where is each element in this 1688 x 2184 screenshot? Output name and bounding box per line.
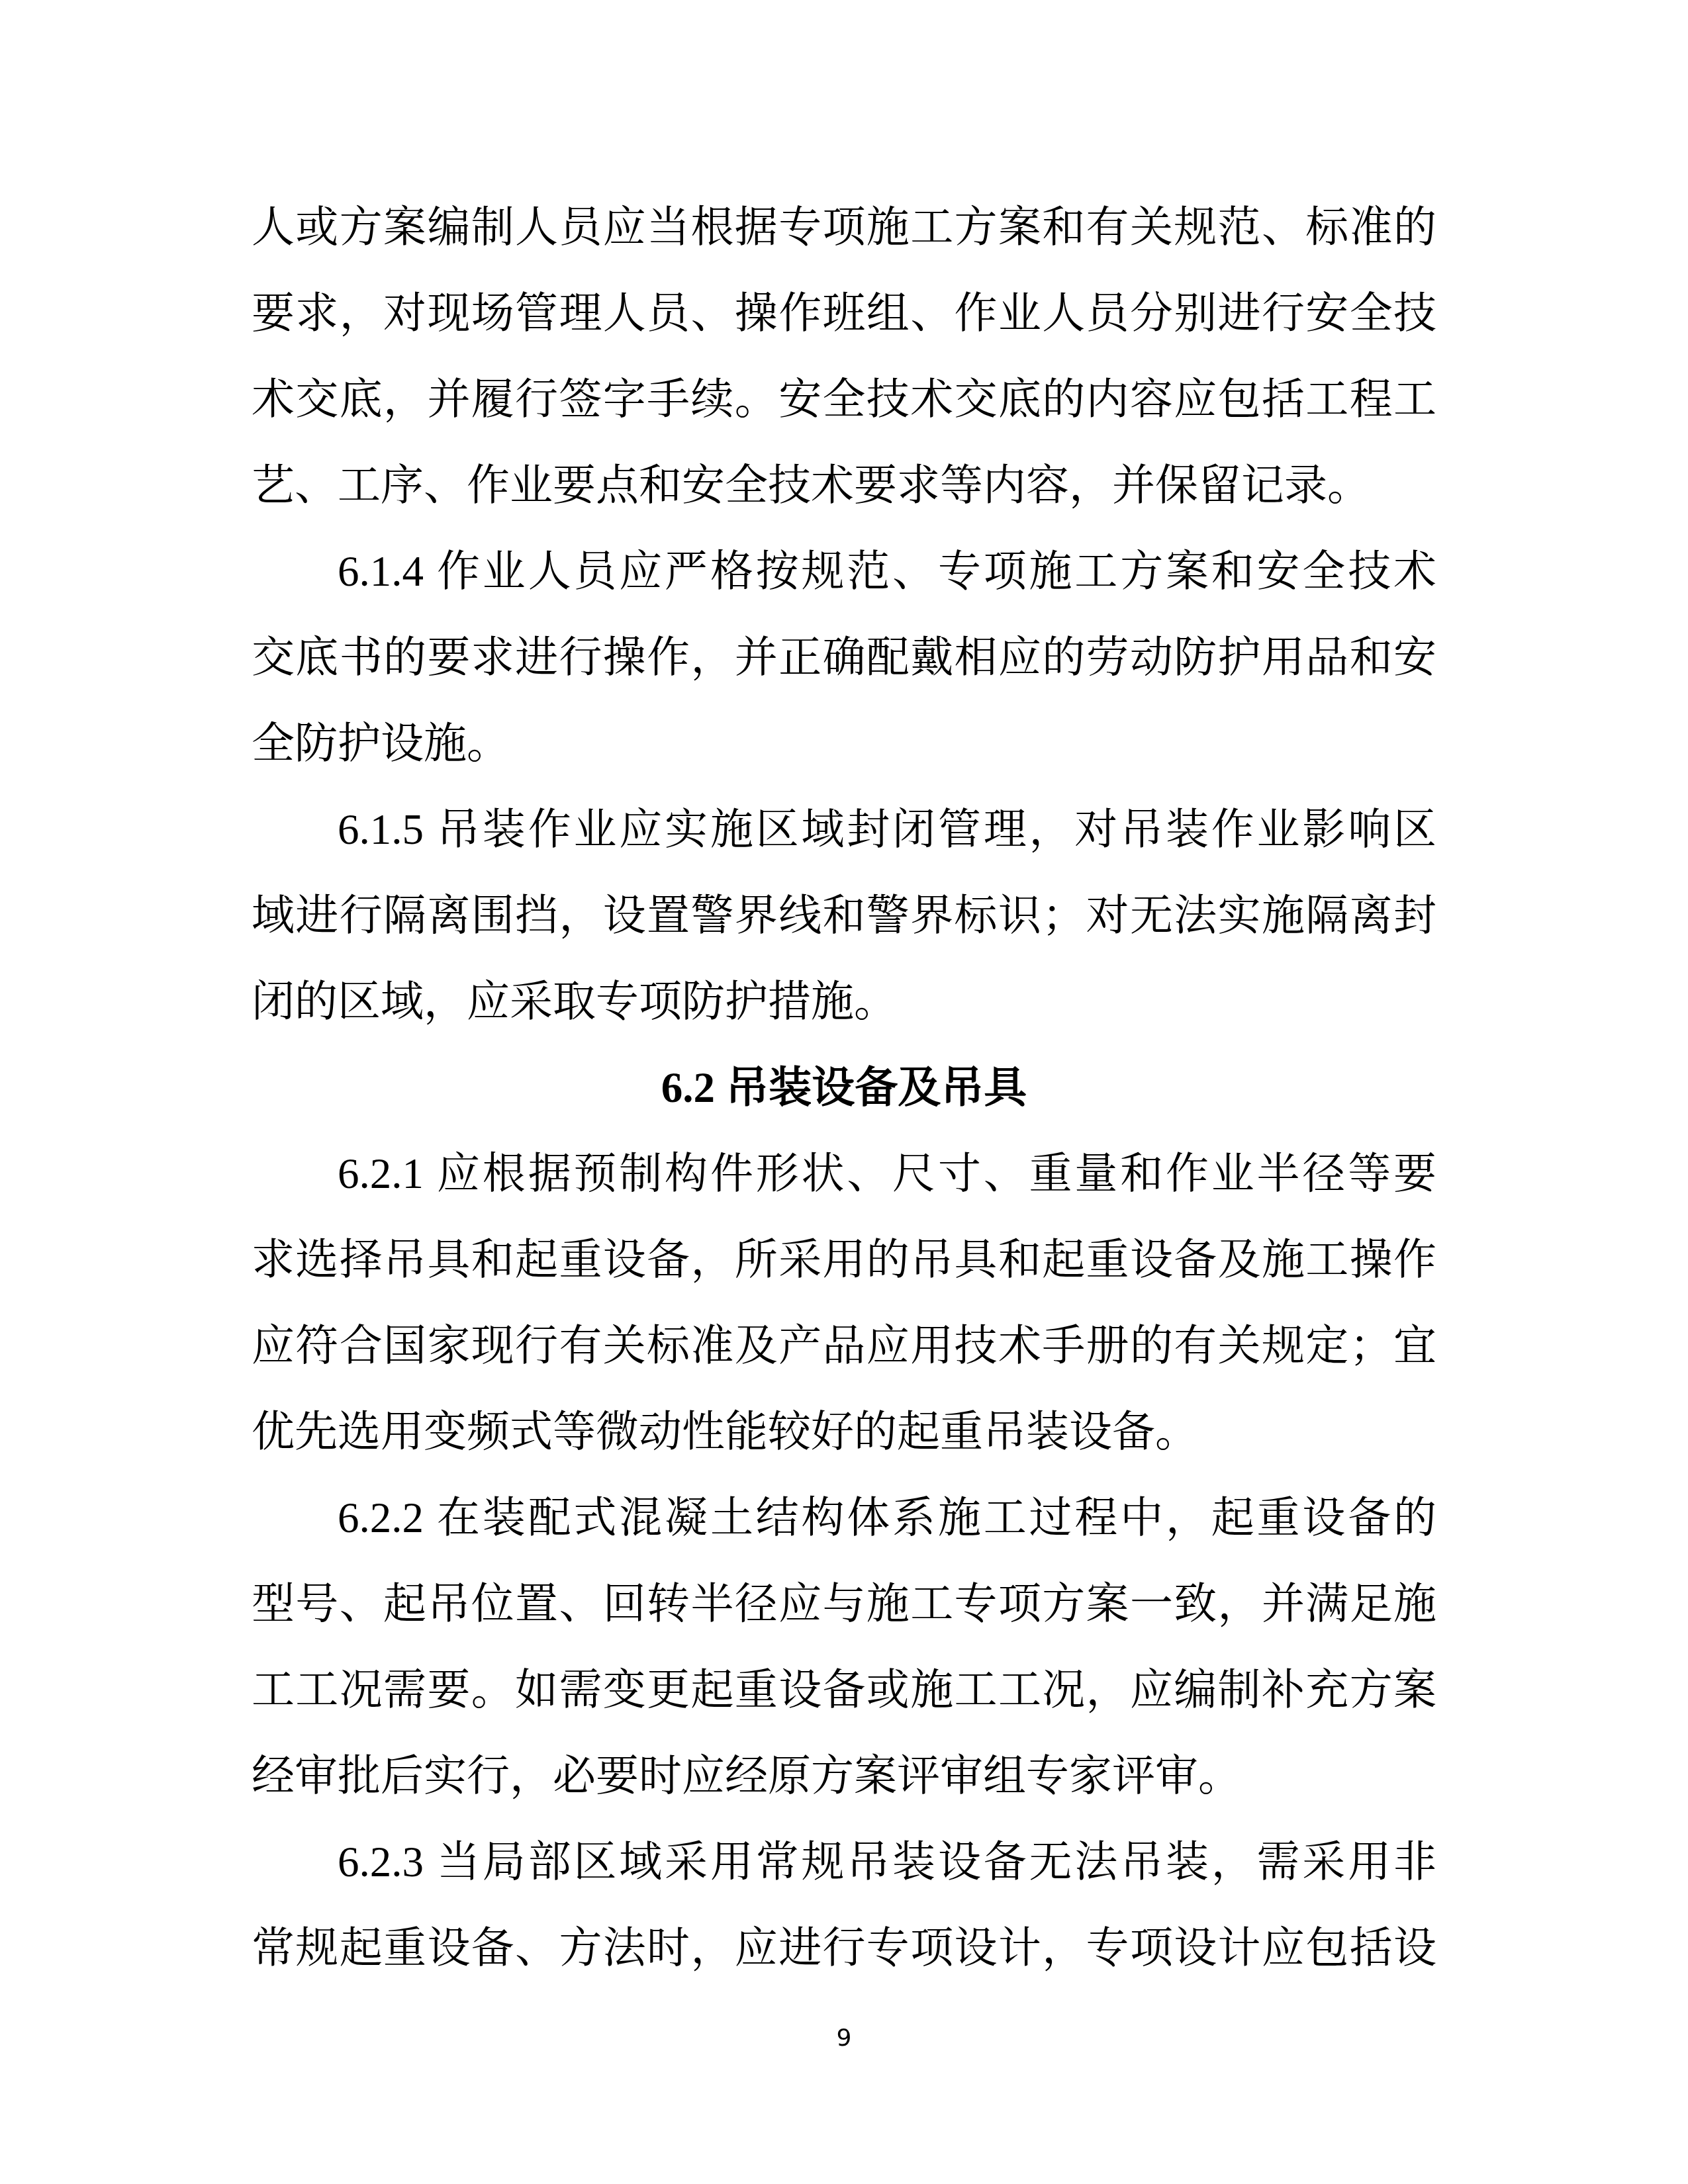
text-line: 优先选用变频式等微动性能较好的起重吊装设备。 bbox=[252, 1389, 1436, 1475]
text-line: 闭的区域，应采取专项防护措施。 bbox=[252, 959, 1436, 1045]
text-line: 经审批后实行，必要时应经原方案评审组专家评审。 bbox=[252, 1733, 1436, 1819]
clause-start-line-6-2-3: 6.2.3 当局部区域采用常规吊装设备无法吊装，需采用非 bbox=[252, 1819, 1436, 1905]
text-line: 应符合国家现行有关标准及产品应用技术手册的有关规定；宜 bbox=[252, 1303, 1436, 1389]
text-line: 域进行隔离围挡，设置警界线和警界标识；对无法实施隔离封 bbox=[252, 873, 1436, 959]
text-line: 人或方案编制人员应当根据专项施工方案和有关规范、标准的 bbox=[252, 185, 1436, 271]
text-line: 交底书的要求进行操作，并正确配戴相应的劳动防护用品和安 bbox=[252, 615, 1436, 701]
text-line: 求选择吊具和起重设备，所采用的吊具和起重设备及施工操作 bbox=[252, 1217, 1436, 1303]
text-line: 术交底，并履行签字手续。安全技术交底的内容应包括工程工 bbox=[252, 357, 1436, 443]
section-heading-6-2: 6.2 吊装设备及吊具 bbox=[252, 1045, 1436, 1131]
text-line: 型号、起吊位置、回转半径应与施工专项方案一致，并满足施 bbox=[252, 1561, 1436, 1647]
text-line: 要求，对现场管理人员、操作班组、作业人员分别进行安全技 bbox=[252, 271, 1436, 357]
clause-start-line-6-1-5: 6.1.5 吊装作业应实施区域封闭管理，对吊装作业影响区 bbox=[252, 787, 1436, 873]
text-line: 艺、工序、作业要点和安全技术要求等内容，并保留记录。 bbox=[252, 443, 1436, 529]
page-number: 9 bbox=[0, 2024, 1688, 2053]
clause-start-line-6-1-4: 6.1.4 作业人员应严格按规范、专项施工方案和安全技术 bbox=[252, 529, 1436, 615]
text-line: 常规起重设备、方法时，应进行专项设计，专项设计应包括设 bbox=[252, 1905, 1436, 1991]
document-page: 人或方案编制人员应当根据专项施工方案和有关规范、标准的 要求，对现场管理人员、操… bbox=[0, 0, 1688, 2184]
text-line: 工工况需要。如需变更起重设备或施工工况，应编制补充方案 bbox=[252, 1647, 1436, 1733]
clause-start-line-6-2-1: 6.2.1 应根据预制构件形状、尺寸、重量和作业半径等要 bbox=[252, 1131, 1436, 1217]
text-line: 全防护设施。 bbox=[252, 701, 1436, 787]
clause-start-line-6-2-2: 6.2.2 在装配式混凝土结构体系施工过程中，起重设备的 bbox=[252, 1475, 1436, 1561]
text-block: 人或方案编制人员应当根据专项施工方案和有关规范、标准的 要求，对现场管理人员、操… bbox=[252, 185, 1436, 1991]
